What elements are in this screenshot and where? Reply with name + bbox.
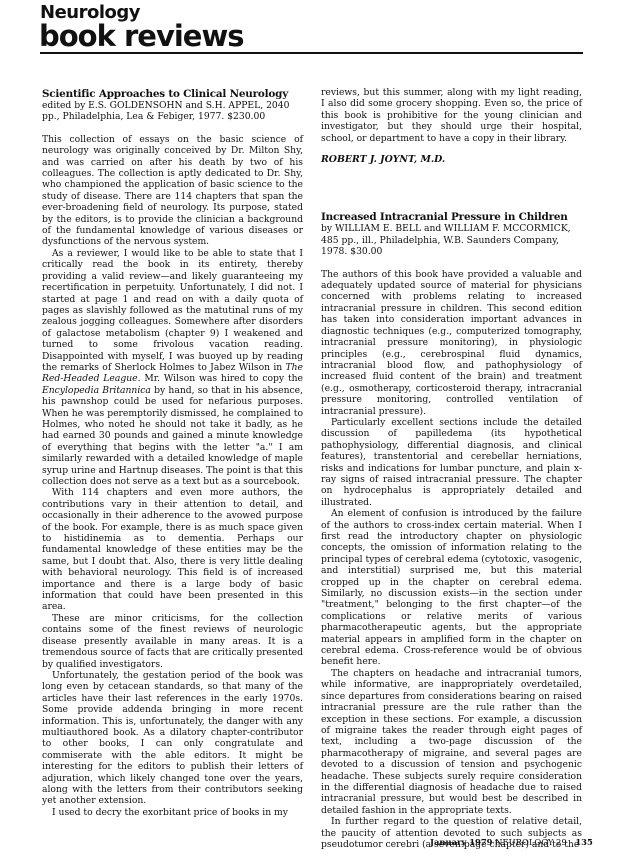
review1-paragraph-2: As a reviewer, I would like to be able t… (42, 248, 303, 488)
left-column: Scientific Approaches to Clinical Neurol… (42, 88, 303, 818)
review2-title: Increased Intracranial Pressure in Child… (321, 211, 582, 223)
review1-paragraph-6-start: I used to decry the exorbitant price of … (42, 807, 303, 818)
section-title: book reviews (39, 20, 244, 52)
review1-signature: ROBERT J. JOYNT, M.D. (321, 154, 582, 165)
page-footer: January 1979 NEUROLOGY 29 135 (430, 837, 593, 847)
header-rule (40, 52, 583, 54)
footer-journal: NEUROLOGY 29 (495, 837, 567, 847)
review1-paragraph-3: With 114 chapters and even more authors,… (42, 487, 303, 612)
review2-paragraph-2: Particularly excellent sections include … (321, 417, 582, 508)
review1-paragraph-1: This collection of essays on the basic s… (42, 134, 303, 248)
text-run: by hand, so that in his absence, his paw… (42, 385, 303, 487)
text-run: As a reviewer, I would like to be able t… (42, 248, 303, 373)
review2-paragraph-3: An element of confusion is introduced by… (321, 508, 582, 668)
footer-date: January 1979 (430, 837, 493, 847)
review1-paragraph-4: These are minor criticisms, for the coll… (42, 613, 303, 670)
text-run: . Mr. Wilson was hired to copy the (138, 373, 303, 384)
review1-paragraph-5: Unfortunately, the gestation period of t… (42, 670, 303, 807)
review1-title: Scientific Approaches to Clinical Neurol… (42, 88, 303, 100)
review2-biblio: by WILLIAM E. BELL and WILLIAM F. MCCORM… (321, 223, 582, 257)
book-title-italic: Encylopedia Britannica (42, 385, 151, 396)
page-number: 135 (575, 837, 592, 847)
review2-paragraph-1: The authors of this book have provided a… (321, 269, 582, 417)
review1-biblio: edited by E.S. GOLDENSOHN and S.H. APPEL… (42, 100, 303, 123)
review2-paragraph-4: The chapters on headache and intracrania… (321, 668, 582, 816)
right-column: reviews, but this summer, along with my … (321, 87, 582, 850)
review1-paragraph-6-continued: reviews, but this summer, along with my … (321, 87, 582, 144)
